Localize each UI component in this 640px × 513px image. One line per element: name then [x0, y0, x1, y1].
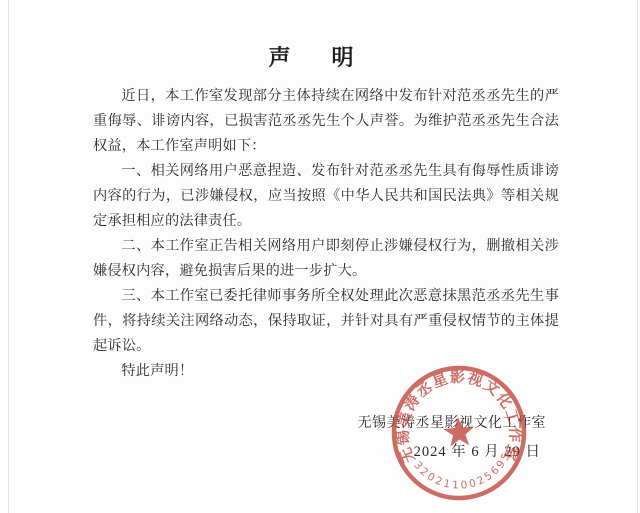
paragraph-item-3: 三、本工作室已委托律师事务所全权处理此次恶意抹黑范丞丞先生事件，将持续关注网络动…: [93, 284, 559, 359]
official-red-seal: 无锡美涛丞星影视文化工作室 3202110025695: [384, 358, 533, 507]
paragraph-item-1: 一、相关网络用户恶意捏造、发布针对范丞丞先生具有侮辱性质诽谤内容的行为，已涉嫌侵…: [93, 159, 559, 234]
document-body: 近日，本工作室发现部分主体持续在网络中发布针对范丞丞先生的严重侮辱、诽谤内容，已…: [93, 84, 559, 384]
statement-document: 声 明 近日，本工作室发现部分主体持续在网络中发布针对范丞丞先生的严重侮辱、诽谤…: [0, 0, 640, 513]
paragraph-intro: 近日，本工作室发现部分主体持续在网络中发布针对范丞丞先生的严重侮辱、诽谤内容，已…: [93, 84, 559, 159]
paper-edge-right: [637, 0, 638, 513]
paper-edge-left: [8, 0, 9, 513]
document-title: 声 明: [0, 41, 632, 72]
paragraph-item-2: 二、本工作室正告相关网络用户即刻停止涉嫌侵权行为，删撤相关涉嫌侵权内容，避免损害…: [93, 234, 559, 284]
seal-star-icon: [443, 416, 475, 447]
